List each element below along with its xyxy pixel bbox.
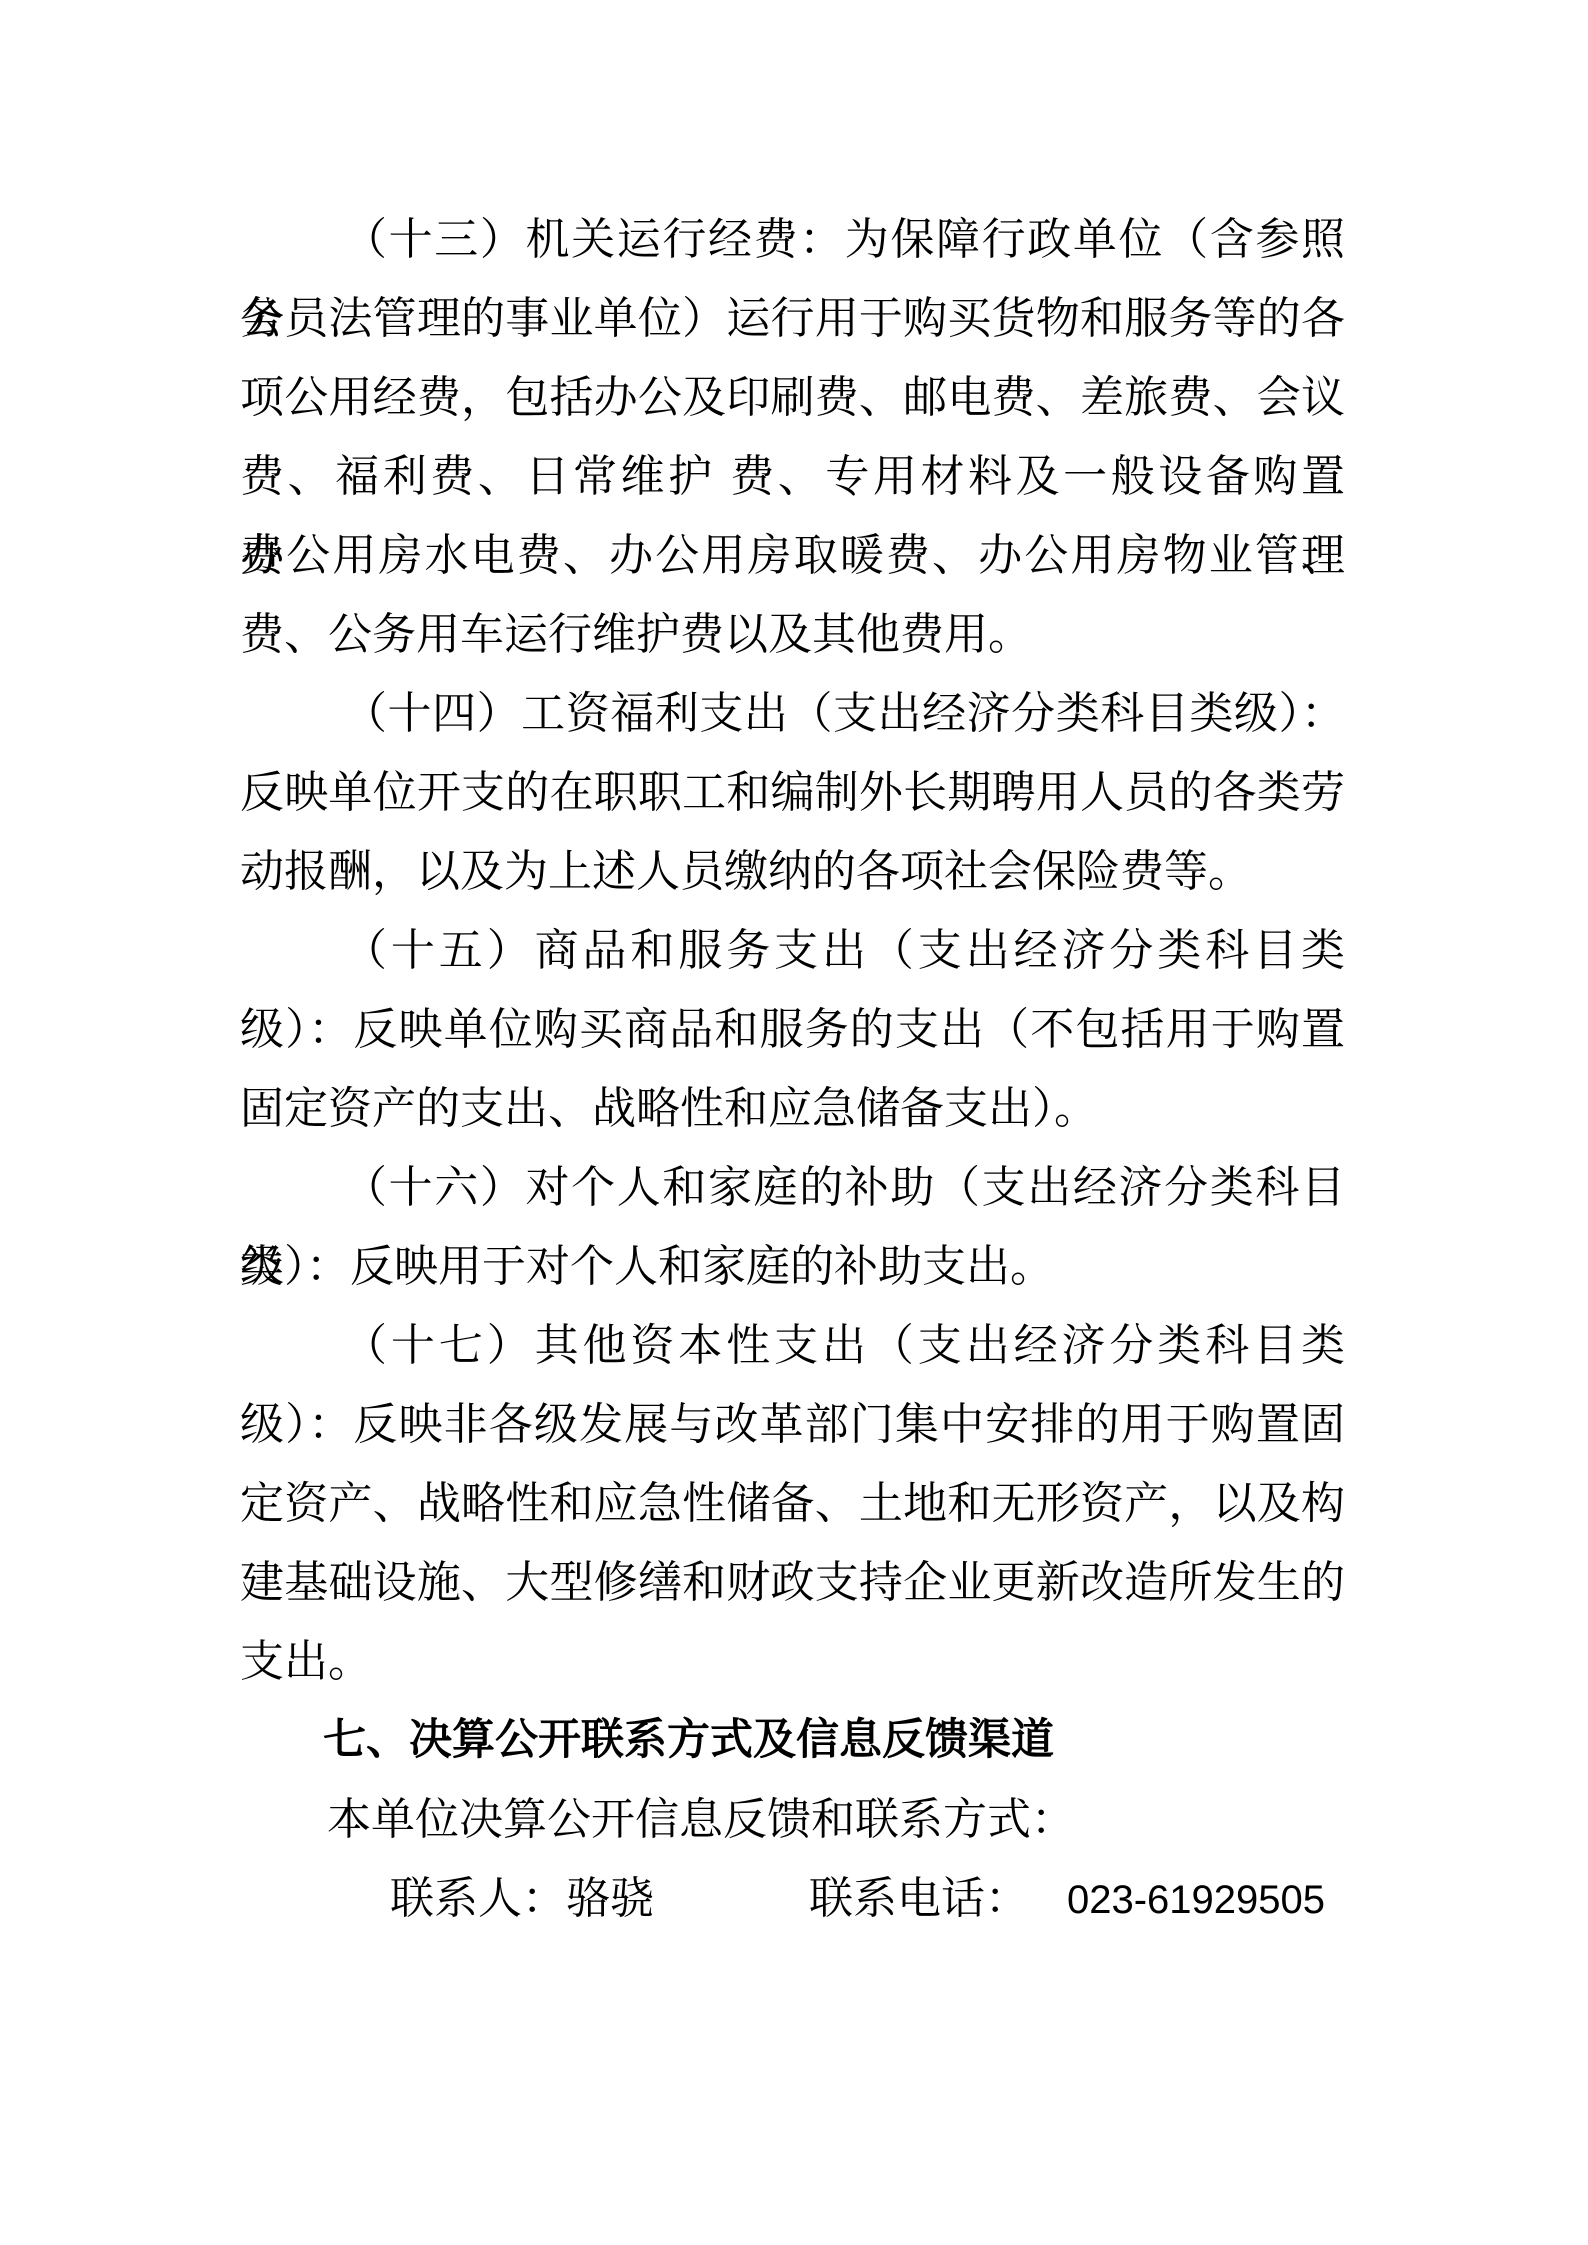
item13-line-1: （十三）机关运行经费：为保障行政单位（含参照公	[240, 200, 1345, 279]
document-page: （十三）机关运行经费：为保障行政单位（含参照公 务员法管理的事业单位）运行用于购…	[0, 0, 1588, 2245]
item14-line-1: （十四）工资福利支出（支出经济分类科目类级）：	[240, 674, 1345, 753]
section-7-heading: 七、决算公开联系方式及信息反馈渠道	[240, 1701, 1345, 1780]
contact-person-name: 骆骁	[566, 1874, 654, 1923]
contact-person: 联系人：骆骁	[390, 1874, 654, 1923]
item13-line-6: 费、公务用车运行维护费以及其他费用。	[240, 595, 1345, 674]
item13-line-5: 办公用房水电费、办公用房取暖费、办公用房物业管理	[240, 516, 1345, 595]
feedback-intro-line: 本单位决算公开信息反馈和联系方式：	[240, 1780, 1345, 1859]
item17-line-2: 级）：反映非各级发展与改革部门集中安排的用于购置固	[240, 1385, 1345, 1464]
item17-line-3: 定资产、战略性和应急性储备、土地和无形资产，以及构	[240, 1464, 1345, 1543]
item15-line-2: 级）：反映单位购买商品和服务的支出（不包括用于购置	[240, 990, 1345, 1069]
contact-phone-number: 023-61929505	[1067, 1878, 1325, 1922]
document-content: （十三）机关运行经费：为保障行政单位（含参照公 务员法管理的事业单位）运行用于购…	[240, 200, 1345, 1938]
item13-line-3: 项公用经费，包括办公及印刷费、邮电费、差旅费、会议	[240, 358, 1345, 437]
item15-line-1: （十五）商品和服务支出（支出经济分类科目类	[240, 911, 1345, 990]
item17-line-1: （十七）其他资本性支出（支出经济分类科目类	[240, 1306, 1345, 1385]
item14-line-3: 动报酬，以及为上述人员缴纳的各项社会保险费等。	[240, 832, 1345, 911]
item15-line-3: 固定资产的支出、战略性和应急储备支出）。	[240, 1069, 1345, 1148]
item17-line-5: 支出。	[240, 1622, 1345, 1701]
contact-phone-label: 联系电话：	[809, 1874, 1029, 1923]
item17-line-4: 建基础设施、大型修缮和财政支持企业更新改造所发生的	[240, 1543, 1345, 1622]
item13-line-2: 务员法管理的事业单位）运行用于购买货物和服务等的各	[240, 279, 1345, 358]
item14-line-2: 反映单位开支的在职职工和编制外长期聘用人员的各类劳	[240, 753, 1345, 832]
contact-line: 联系人：骆骁联系电话：023-61929505	[240, 1859, 1345, 1938]
item13-line-4: 费、福利费、日常维护 费、专用材料及一般设备购置费、	[240, 437, 1345, 516]
contact-person-label: 联系人：	[390, 1874, 566, 1923]
item16-line-2: 级）：反映用于对个人和家庭的补助支出。	[240, 1227, 1345, 1306]
item16-line-1: （十六）对个人和家庭的补助（支出经济分类科目类	[240, 1148, 1345, 1227]
